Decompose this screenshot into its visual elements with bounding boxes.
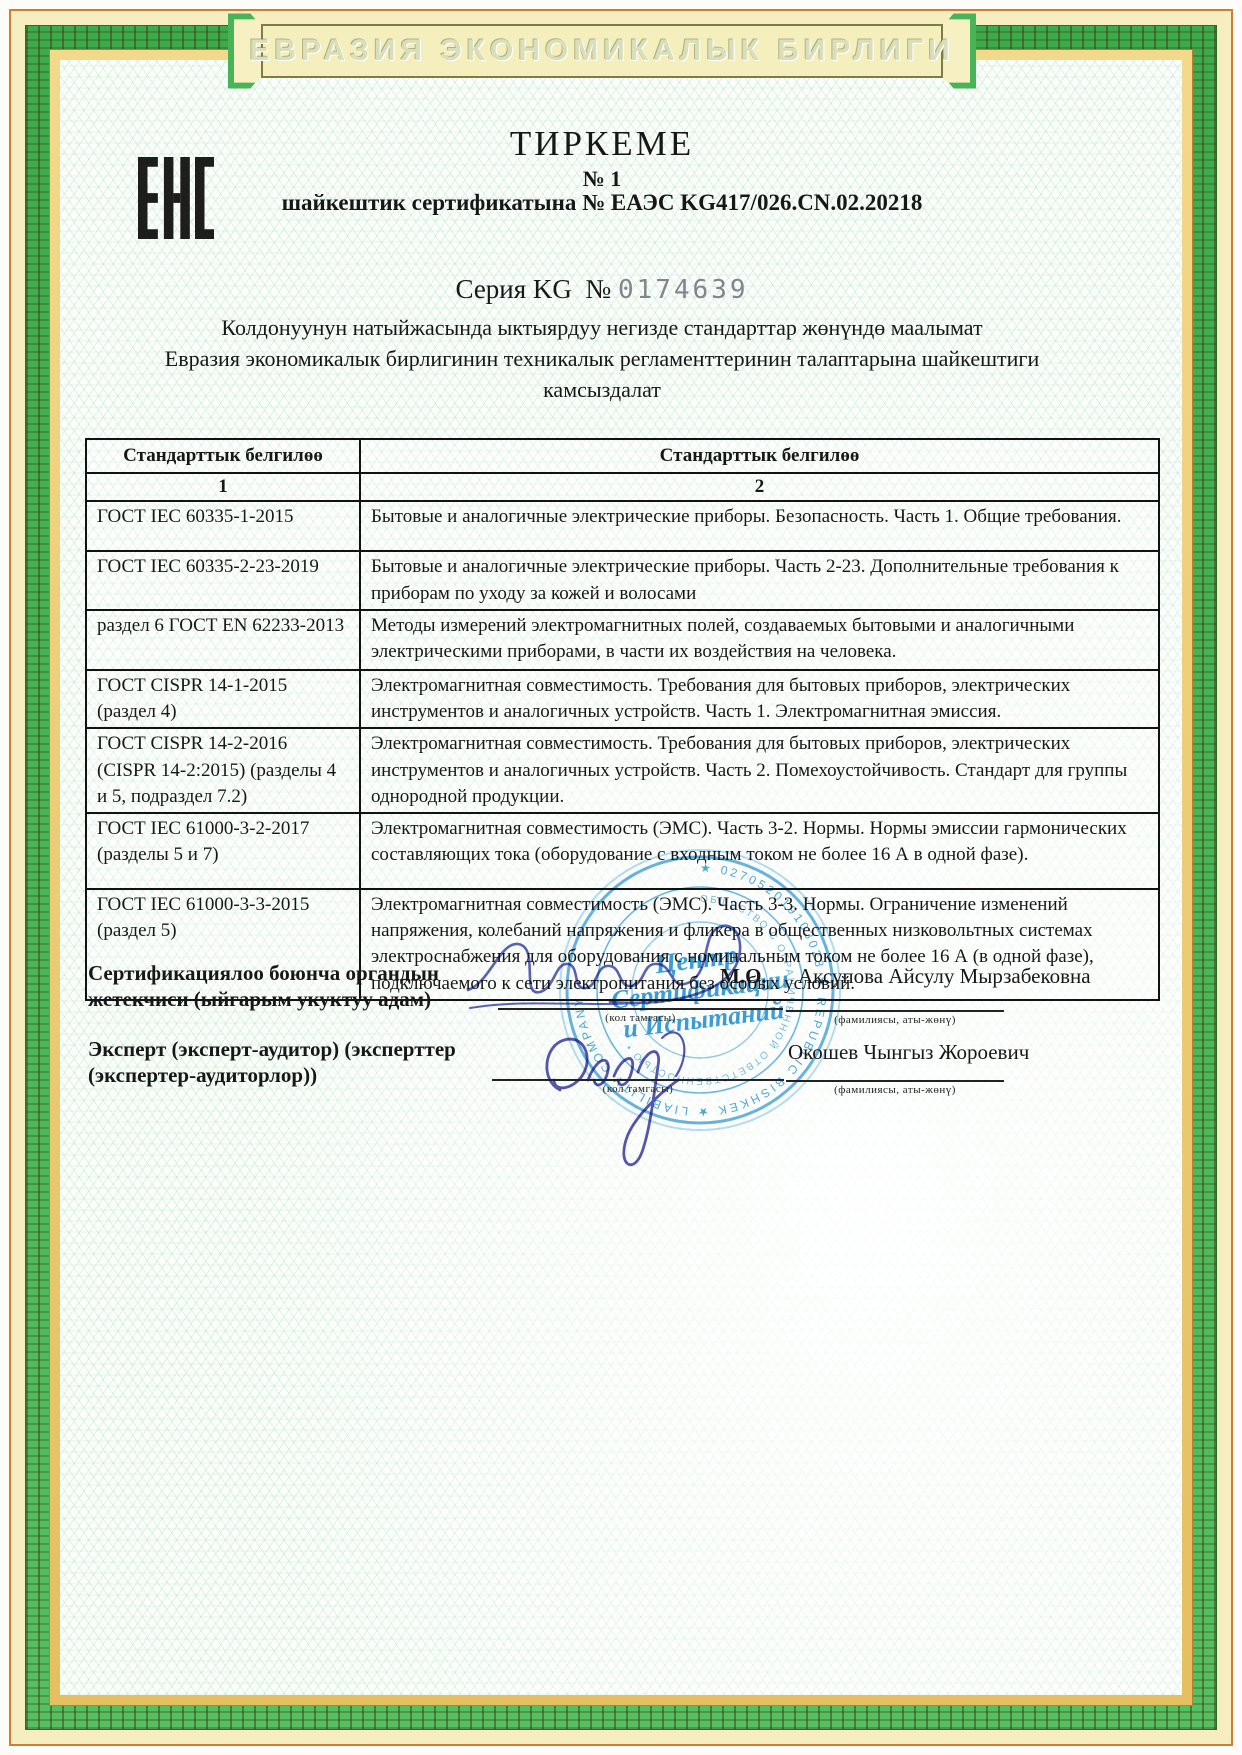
- column-number: 2: [360, 473, 1159, 501]
- series-line: Серия KG № 0174639: [60, 274, 1144, 305]
- standard-code: ГОСТ CISPR 14-2-2016 (CISPR 14-2:2015) (…: [86, 728, 360, 813]
- expert-label: Эксперт (эксперт-аудитор) (эксперттер (э…: [88, 1036, 538, 1088]
- standard-description: Бытовые и аналогичные электрические приб…: [360, 551, 1159, 609]
- top-ribbon-banner: ЕВРАЗИЯ ЭКОНОМИКАЛЫК БИРЛИГИ: [228, 12, 976, 90]
- appendix-number: № 1: [60, 166, 1144, 192]
- head-name: Аксупова Айсулу Мырзабековна: [798, 964, 1091, 989]
- standard-code: ГОСТ IEC 61000-3-2-2017 (разделы 5 и 7): [86, 813, 360, 889]
- intro-paragraph: Колдонуунун натыйжасында ыктыярдуу негиз…: [60, 312, 1144, 405]
- series-label: Серия KG: [455, 274, 571, 304]
- table-row: ГОСТ IEC 60335-2-23-2019Бытовые и аналог…: [86, 551, 1159, 609]
- table-row: ГОСТ CISPR 14-2-2016 (CISPR 14-2:2015) (…: [86, 728, 1159, 813]
- standard-code: ГОСТ IEC 60335-2-23-2019: [86, 551, 360, 609]
- standard-code: раздел 6 ГОСТ EN 62233-2013: [86, 610, 360, 670]
- standard-description: Методы измерений электромагнитных полей,…: [360, 610, 1159, 670]
- head-of-body-label: Сертификациялоо боюнча органдын жетекчис…: [88, 960, 508, 1012]
- page-title: ТИРКЕМЕ: [60, 124, 1144, 164]
- table-row: ГОСТ CISPR 14-1-2015 (раздел 4)Электрома…: [86, 670, 1159, 728]
- head-name-line: (фамилиясы, аты-жөнү): [786, 1010, 1004, 1026]
- column-header-description: Стандарттык белгилөө: [360, 439, 1159, 473]
- table-row: раздел 6 ГОСТ EN 62233-2013Методы измере…: [86, 610, 1159, 670]
- head-signature-line: (кол тамгасы): [498, 1008, 783, 1024]
- signature-caption: (кол тамгасы): [492, 1081, 784, 1095]
- column-number: 1: [86, 473, 360, 501]
- name-caption: (фамилиясы, аты-жөнү): [786, 1012, 1004, 1026]
- mo-seal-mark: М.О.: [720, 964, 767, 989]
- column-header-standard: Стандарттык белгилөө: [86, 439, 360, 473]
- signature-caption: (кол тамгасы): [498, 1010, 783, 1024]
- intro-line: Евразия экономикалык бирлигинин техникал…: [60, 343, 1144, 374]
- series-no-sign: №: [585, 274, 611, 304]
- table-header-row: Стандарттык белгилөө Стандарттык белгилө…: [86, 439, 1159, 473]
- certificate-reference: шайкештик сертификатына № ЕАЭС KG417/026…: [60, 190, 1144, 216]
- standard-description: Электромагнитная совместимость. Требован…: [360, 728, 1159, 813]
- standard-description: Электромагнитная совместимость. Требован…: [360, 670, 1159, 728]
- frame-green-band: ТИРКЕМЕ № 1 шайкештик сертификатына № ЕА…: [25, 25, 1217, 1730]
- standard-code: ГОСТ CISPR 14-1-2015 (раздел 4): [86, 670, 360, 728]
- table-row: ГОСТ IEC 60335-1-2015Бытовые и аналогичн…: [86, 501, 1159, 551]
- standard-description: Бытовые и аналогичные электрические приб…: [360, 501, 1159, 551]
- series-number: 0174639: [618, 275, 749, 305]
- frame-gold-band: ТИРКЕМЕ № 1 шайкештик сертификатына № ЕА…: [49, 49, 1193, 1706]
- certificate-page: ТИРКЕМЕ № 1 шайкештик сертификатына № ЕА…: [0, 0, 1242, 1755]
- expert-signature-line: (кол тамгасы): [492, 1079, 784, 1095]
- expert-signature: [530, 1012, 730, 1187]
- frame-cream-band: ТИРКЕМЕ № 1 шайкештик сертификатына № ЕА…: [9, 9, 1233, 1746]
- name-caption: (фамилиясы, аты-жөнү): [786, 1082, 1004, 1096]
- intro-line: камсыздалат: [60, 374, 1144, 405]
- standard-code: ГОСТ IEC 60335-1-2015: [86, 501, 360, 551]
- certificate-body: ТИРКЕМЕ № 1 шайкештик сертификатына № ЕА…: [60, 60, 1182, 1695]
- ribbon-title: ЕВРАЗИЯ ЭКОНОМИКАЛЫК БИРЛИГИ: [228, 12, 976, 90]
- expert-name: Окошев Чынгыз Жороевич: [788, 1040, 1029, 1065]
- expert-name-line: (фамилиясы, аты-жөнү): [786, 1080, 1004, 1096]
- column-number-row: 1 2: [86, 473, 1159, 501]
- intro-line: Колдонуунун натыйжасында ыктыярдуу негиз…: [60, 312, 1144, 343]
